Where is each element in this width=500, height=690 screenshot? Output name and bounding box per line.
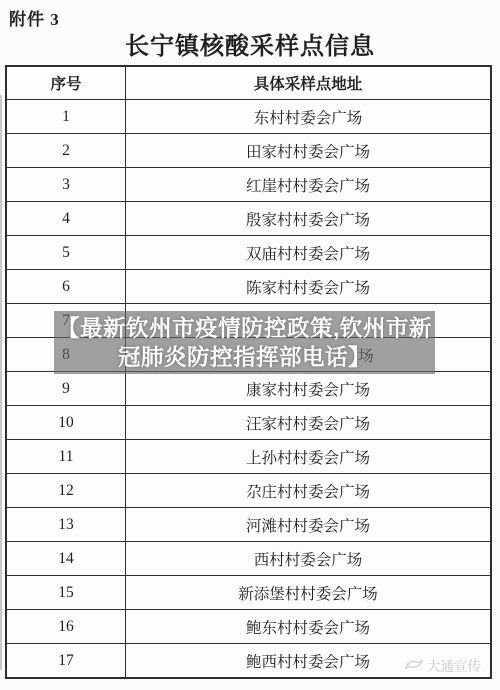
- watermark-overlay-banner: 【最新钦州市疫情防控政策,钦州市新 冠肺炎防控指挥部电话】: [54, 311, 435, 374]
- row-serial-number: 4: [6, 202, 126, 236]
- row-address-text: 上孙村村委会广场: [246, 446, 370, 468]
- row-address-cell: 新添堡村村委会广场: [126, 576, 492, 610]
- row-address-text: 新添堡村村委会广场: [238, 582, 378, 604]
- document-page: 附件 3 长宁镇核酸采样点信息 序号 具体采样点地址 1东村村委会广场2田家村村…: [0, 0, 500, 690]
- row-serial-number: 5: [6, 236, 126, 270]
- scan-edge-artifact: [0, 95, 2, 670]
- row-serial-number: 12: [6, 474, 126, 508]
- table-header: 序号 具体采样点地址: [6, 66, 491, 100]
- table-row: 1东村村委会广场: [6, 100, 491, 134]
- row-address-text: 西村村委会广场: [254, 548, 363, 570]
- row-serial-number: 16: [6, 610, 126, 644]
- table-body: 1东村村委会广场2田家村村委会广场3红崖村村委会广场4殷家村村委会广场5双庙村村…: [6, 100, 491, 679]
- table-row: 13河滩村村委会广场: [6, 508, 491, 542]
- row-address-cell: 河滩村村委会广场: [126, 508, 492, 542]
- row-serial-number: 3: [6, 168, 126, 202]
- row-address-cell: 田家村村委会广场: [126, 134, 492, 168]
- table-row: 2田家村村委会广场: [6, 134, 491, 168]
- row-address-cell: 康家村村委会广场: [126, 372, 492, 406]
- table-row: 10汪家村村委会广场: [6, 406, 491, 440]
- row-address-cell: 陈家村村委会广场: [126, 270, 492, 304]
- row-address-text: 殷家村村委会广场: [246, 208, 370, 230]
- row-address-cell: 西村村委会广场: [126, 542, 492, 576]
- row-address-text: 东村村委会广场: [254, 106, 363, 128]
- row-address-text: 尕庄村村委会广场: [246, 480, 370, 502]
- bird-logo-icon: [404, 658, 423, 672]
- row-address-text: 河滩村村委会广场: [246, 514, 370, 536]
- header-row: 序号 具体采样点地址: [6, 66, 491, 100]
- page-title: 长宁镇核酸采样点信息: [0, 26, 500, 61]
- row-serial-number: 15: [6, 576, 126, 610]
- overlay-text-line1: 【最新钦州市疫情防控政策,钦州市新: [57, 314, 432, 343]
- row-serial-number: 1: [6, 100, 126, 134]
- row-address-text: 鲍西村村委会广场: [246, 650, 370, 672]
- row-address-cell: 鲍东村村委会广场: [126, 610, 492, 644]
- header-serial-number: 序号: [6, 66, 126, 100]
- row-address-text: 红崖村村委会广场: [246, 174, 370, 196]
- row-serial-number: 9: [6, 372, 126, 406]
- row-address-cell: 上孙村村委会广场: [126, 440, 492, 474]
- row-serial-number: 14: [6, 542, 126, 576]
- table-row: 3红崖村村委会广场: [6, 168, 491, 202]
- table-row: 16鲍东村村委会广场: [6, 610, 491, 644]
- row-address-text: 鲍东村村委会广场: [246, 616, 370, 638]
- row-serial-number: 17: [6, 644, 126, 679]
- row-address-text: 双庙村村委会广场: [246, 242, 370, 264]
- row-serial-number: 10: [6, 406, 126, 440]
- row-address-cell: 殷家村村委会广场: [126, 202, 492, 236]
- row-address-cell: 红崖村村委会广场: [126, 168, 492, 202]
- row-serial-number: 11: [6, 440, 126, 474]
- row-serial-number: 13: [6, 508, 126, 542]
- publisher-watermark: 大通宣传: [404, 655, 481, 675]
- table-row: 12尕庄村村委会广场: [6, 474, 491, 508]
- row-address-cell: 双庙村村委会广场: [126, 236, 492, 270]
- table-row: 14西村村委会广场: [6, 542, 491, 576]
- table-row: 4殷家村村委会广场: [6, 202, 491, 236]
- table-row: 6陈家村村委会广场: [6, 270, 491, 304]
- watermark-text: 大通宣传: [427, 655, 481, 675]
- table-row: 9康家村村委会广场: [6, 372, 491, 406]
- row-address-text: 康家村村委会广场: [246, 378, 370, 400]
- overlay-text-line2: 冠肺炎防控指挥部电话】: [118, 343, 371, 372]
- table-row: 5双庙村村委会广场: [6, 236, 491, 270]
- table-row: 11上孙村村委会广场: [6, 440, 491, 474]
- row-serial-number: 2: [6, 134, 126, 168]
- row-address-cell: 尕庄村村委会广场: [126, 474, 492, 508]
- row-address-text: 汪家村村委会广场: [246, 412, 370, 434]
- table-row: 15新添堡村村委会广场: [6, 576, 491, 610]
- header-address: 具体采样点地址: [126, 66, 492, 100]
- row-address-text: 陈家村村委会广场: [246, 276, 370, 298]
- row-serial-number: 6: [6, 270, 126, 304]
- row-address-cell: 东村村委会广场: [126, 100, 492, 134]
- row-address-text: 田家村村委会广场: [246, 140, 370, 162]
- row-address-cell: 汪家村村委会广场: [126, 406, 492, 440]
